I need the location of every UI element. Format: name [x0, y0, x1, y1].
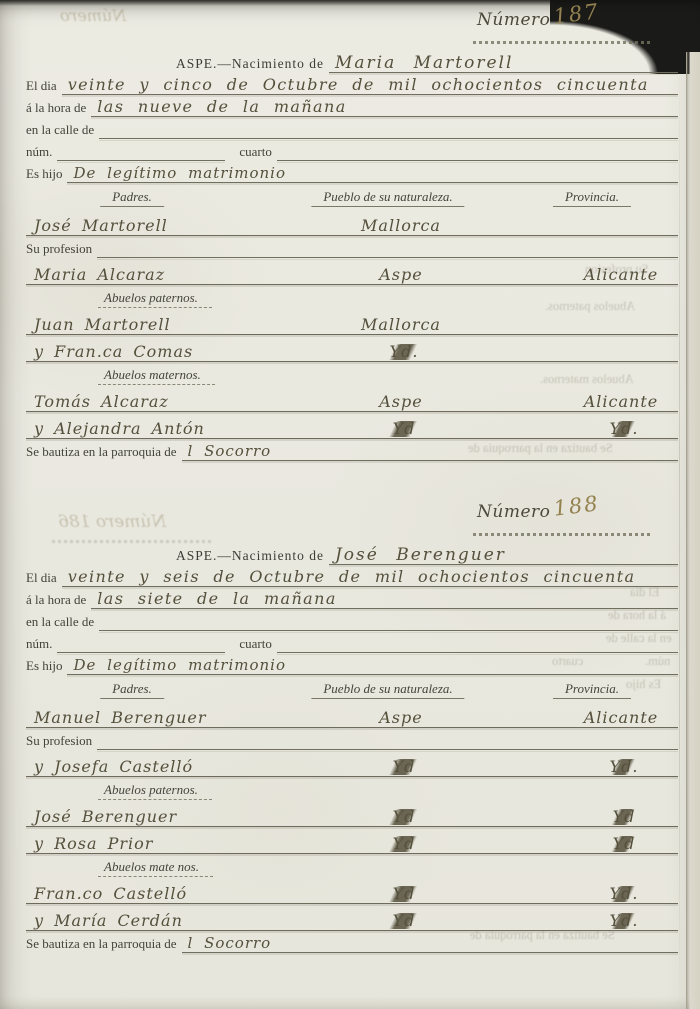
paternal-grandmother-row: y Rosa Prior Yd Yd [26, 827, 678, 854]
paternal-grandmother-name: y Fran.ca Comas [34, 344, 193, 360]
maternal-grandparents-section: Abuelos maternos. [26, 362, 678, 385]
maternal-grandmother-pueblo: Yd [326, 913, 482, 929]
hour-line: á la hora de las nueve de la mañana [26, 95, 678, 117]
hijo-label: Es hijo [26, 658, 62, 675]
record-number-block: Número 188 [477, 498, 652, 540]
maternal-grandparents-label: Abuelos maternos. [98, 367, 215, 385]
page-edge-crease [679, 60, 680, 1009]
record-title-label: ASPE.—Nacimiento de [176, 548, 324, 565]
date-value: veinte y cinco de Octubre de mil ochocie… [68, 75, 649, 94]
profession-line: Su profesion [26, 236, 678, 258]
mother-name: Maria Alcaraz [34, 267, 165, 283]
page-right-edge [686, 52, 700, 1009]
number-cuarto-line: núm. cuarto [26, 631, 678, 653]
maternal-grandfather-pueblo: Yd [326, 886, 482, 902]
date-value: veinte y seis de Octubre de mil ochocien… [68, 567, 636, 586]
number-cuarto-line: núm. cuarto [26, 139, 678, 161]
hour-label: á la hora de [26, 592, 86, 609]
maternal-grandfather-name: Fran.co Castelló [34, 886, 187, 902]
record-title-line: ASPE.—Nacimiento de Maria Martorell [176, 48, 678, 73]
profession-label: Su profesion [26, 733, 92, 750]
baptism-line: Se bautiza en la parroquia de l Socorro [26, 931, 678, 953]
hour-line: á la hora de las siete de la mañana [26, 587, 678, 609]
hour-value: las siete de la mañana [97, 589, 336, 608]
record-number-value: 188 [553, 491, 602, 520]
baptism-label: Se bautiza en la parroquia de [26, 936, 177, 953]
record-title-line: ASPE.—Nacimiento de José Berenguer [176, 540, 678, 565]
father-name: Manuel Berenguer [34, 710, 207, 726]
cuarto-label: cuarto [239, 636, 271, 653]
paternal-grandfather-row: Juan Martorell Mallorca [26, 308, 678, 335]
paternal-grandmother-name: y Rosa Prior [34, 836, 153, 852]
hijo-label: Es hijo [26, 166, 62, 183]
column-headers: Padres. Pueblo de su naturaleza. Provinc… [26, 183, 678, 209]
numero-label: Número [477, 10, 550, 30]
maternal-grandfather-provincia: Alicante [564, 394, 678, 410]
scanned-register-page: Número Número 186 Su profesion Abuelos p… [0, 0, 700, 1009]
col-header-provincia: Provincia. [553, 189, 631, 207]
paternal-grandmother-provincia: Yd [564, 836, 684, 852]
father-provincia: Alicante [564, 710, 678, 726]
father-row: José Martorell Mallorca [26, 209, 678, 236]
maternal-grandmother-row: y Alejandra Antón Yd Yd. [26, 412, 678, 439]
maternal-grandparents-section: Abuelos mate nos. [26, 854, 678, 877]
paternal-grandfather-pueblo: Mallorca [326, 317, 476, 333]
street-line: en la calle de [26, 117, 678, 139]
date-line: El dia veinte y seis de Octubre de mil o… [26, 565, 678, 587]
father-pueblo: Mallorca [326, 218, 476, 234]
col-header-padres: Padres. [100, 681, 164, 699]
day-label: El dia [26, 570, 57, 587]
hijo-value: De legítimo matrimonio [73, 164, 286, 182]
paternal-grandmother-pueblo: Yd. [326, 344, 482, 360]
paternal-grandparents-section: Abuelos paternos. [26, 285, 678, 308]
numero-label: Número [477, 502, 550, 522]
paternal-grandfather-name: Juan Martorell [34, 317, 171, 333]
mother-row: Maria Alcaraz Aspe Alicante [26, 258, 678, 285]
record-number-block: Número 187 [477, 6, 652, 48]
baptism-parish-value: l Socorro [188, 934, 272, 952]
hour-label: á la hora de [26, 100, 86, 117]
mother-row: y Josefa Castelló Yd Yd. [26, 750, 678, 777]
profession-line: Su profesion [26, 728, 678, 750]
father-pueblo: Aspe [326, 710, 476, 726]
street-line: en la calle de [26, 609, 678, 631]
record-number-value: 187 [553, 0, 602, 29]
col-header-padres: Padres. [100, 189, 164, 207]
paternal-grandfather-provincia: Yd [564, 809, 684, 825]
paternal-grandparents-label: Abuelos paternos. [98, 782, 212, 800]
mother-name: y Josefa Castelló [34, 759, 193, 775]
maternal-grandmother-pueblo: Yd [326, 421, 482, 437]
legitimacy-line: Es hijo De legítimo matrimonio [26, 653, 678, 675]
maternal-grandparents-label: Abuelos mate nos. [98, 859, 213, 877]
paternal-grandparents-section: Abuelos paternos. [26, 777, 678, 800]
child-name-value: José Berenguer [335, 545, 506, 565]
col-header-pueblo: Pueblo de su naturaleza. [311, 681, 464, 699]
paternal-grandfather-row: José Berenguer Yd Yd [26, 800, 678, 827]
paternal-grandmother-pueblo: Yd [326, 836, 482, 852]
num-label: núm. [26, 144, 52, 161]
baptism-label: Se bautiza en la parroquia de [26, 444, 177, 461]
day-label: El dia [26, 78, 57, 95]
profession-label: Su profesion [26, 241, 92, 258]
mother-pueblo: Aspe [326, 267, 476, 283]
child-name-value: Maria Martorell [335, 53, 513, 73]
maternal-grandmother-provincia: Yd. [564, 913, 684, 929]
col-header-pueblo: Pueblo de su naturaleza. [311, 189, 464, 207]
maternal-grandfather-name: Tomás Alcaraz [34, 394, 169, 410]
birth-record-187: Número 187 ASPE.—Nacimiento de Maria Mar… [26, 6, 678, 466]
maternal-grandmother-name: y Alejandra Antón [34, 421, 205, 437]
num-label: núm. [26, 636, 52, 653]
col-header-provincia: Provincia. [553, 681, 631, 699]
hour-value: las nueve de la mañana [97, 97, 346, 116]
paternal-grandmother-row: y Fran.ca Comas Yd. [26, 335, 678, 362]
baptism-parish-value: l Socorro [188, 442, 272, 460]
record-title-label: ASPE.—Nacimiento de [176, 56, 324, 73]
legitimacy-line: Es hijo De legítimo matrimonio [26, 161, 678, 183]
decorative-squiggle-line [473, 41, 652, 44]
maternal-grandfather-row: Tomás Alcaraz Aspe Alicante [26, 385, 678, 412]
paternal-grandfather-pueblo: Yd [326, 809, 482, 825]
street-label: en la calle de [26, 614, 94, 631]
date-line: El dia veinte y cinco de Octubre de mil … [26, 73, 678, 95]
cuarto-label: cuarto [239, 144, 271, 161]
mother-pueblo: Yd [326, 759, 482, 775]
mother-provincia: Yd. [564, 759, 684, 775]
paternal-grandparents-label: Abuelos paternos. [98, 290, 212, 308]
column-headers: Padres. Pueblo de su naturaleza. Provinc… [26, 675, 678, 701]
paternal-grandfather-name: José Berenguer [34, 809, 177, 825]
maternal-grandmother-name: y María Cerdán [34, 913, 183, 929]
hijo-value: De legítimo matrimonio [73, 656, 286, 674]
decorative-squiggle-line [473, 533, 652, 536]
father-row: Manuel Berenguer Aspe Alicante [26, 701, 678, 728]
baptism-line: Se bautiza en la parroquia de l Socorro [26, 439, 678, 461]
maternal-grandfather-provincia: Yd. [564, 886, 684, 902]
mother-provincia: Alicante [564, 267, 678, 283]
birth-record-188: Número 188 ASPE.—Nacimiento de José Bere… [26, 498, 678, 958]
street-label: en la calle de [26, 122, 94, 139]
maternal-grandfather-pueblo: Aspe [326, 394, 476, 410]
father-name: José Martorell [34, 218, 168, 234]
maternal-grandmother-row: y María Cerdán Yd Yd. [26, 904, 678, 931]
maternal-grandfather-row: Fran.co Castelló Yd Yd. [26, 877, 678, 904]
maternal-grandmother-provincia: Yd. [564, 421, 684, 437]
